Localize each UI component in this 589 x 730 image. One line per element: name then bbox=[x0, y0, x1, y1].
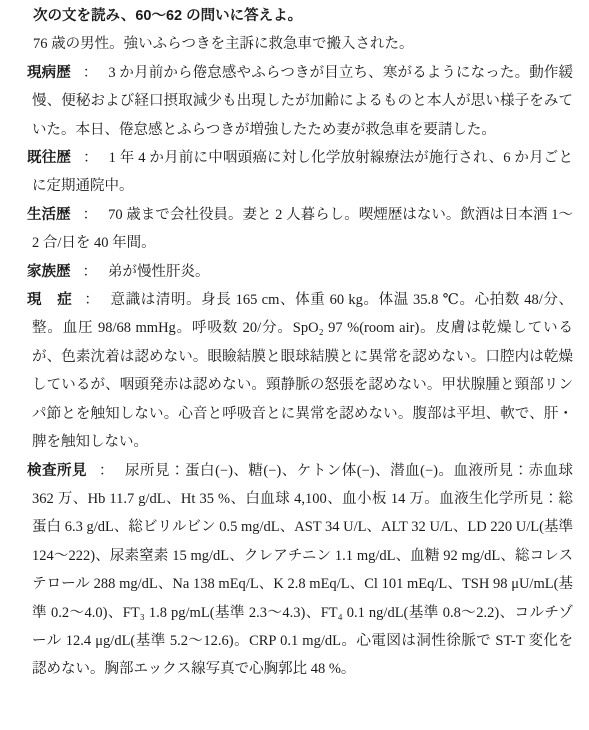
patient-summary: 76 歳の男性。強いふらつきを主訴に救急車で搬入された。 bbox=[33, 30, 573, 58]
section-label-social-history: 生活歴 bbox=[27, 207, 71, 223]
section-label-physical-exam: 現 症 bbox=[27, 292, 72, 308]
label-colon: ： bbox=[84, 286, 99, 314]
section-past-history: 既往歴：1 年 4 か月前に中咽頭癌に対し化学放射線療法が施行され、6 か月ごと… bbox=[32, 144, 573, 201]
section-social-history: 生活歴：70 歳まで会社役員。妻と 2 人暮らし。喫煙歴はない。飲酒は日本酒 1… bbox=[32, 201, 573, 258]
section-text-present-illness: 3 か月前から倦怠感やふらつきが目立ち、寒がるようになった。動作緩慢、便秘および… bbox=[32, 65, 573, 138]
label-colon: ： bbox=[99, 457, 114, 485]
section-present-illness: 現病歴：3 か月前から倦怠感やふらつきが目立ち、寒がるようになった。動作緩慢、便… bbox=[32, 59, 573, 144]
section-text-social-history: 70 歳まで会社役員。妻と 2 人暮らし。喫煙歴はない。飲酒は日本酒 1〜2 合… bbox=[32, 207, 573, 251]
label-colon: ： bbox=[83, 201, 98, 229]
section-lab-findings: 検査所見：尿所見：蛋白(−)、糖(−)、ケトン体(−)、潜血(−)。血液所見：赤… bbox=[32, 457, 573, 684]
section-label-lab-findings: 検査所見 bbox=[27, 463, 87, 479]
section-family-history: 家族歴：弟が慢性肝炎。 bbox=[32, 258, 573, 286]
question-instruction: 次の文を読み、60〜62 の問いに答えよ。 bbox=[33, 2, 573, 30]
exam-question-page: 次の文を読み、60〜62 の問いに答えよ。 76 歳の男性。強いふらつきを主訴に… bbox=[0, 0, 589, 684]
section-text-physical-exam: 意識は清明。身長 165 cm、体重 60 kg。体温 35.8 ℃。心拍数 4… bbox=[32, 292, 573, 450]
label-colon: ： bbox=[83, 59, 98, 87]
section-label-past-history: 既往歴 bbox=[27, 150, 71, 166]
section-text-past-history: 1 年 4 か月前に中咽頭癌に対し化学放射線療法が施行され、6 か月ごとに定期通… bbox=[32, 150, 573, 194]
section-physical-exam: 現 症：意識は清明。身長 165 cm、体重 60 kg。体温 35.8 ℃。心… bbox=[32, 286, 573, 456]
label-colon: ： bbox=[83, 258, 98, 286]
section-text-lab-findings: 尿所見：蛋白(−)、糖(−)、ケトン体(−)、潜血(−)。血液所見：赤血球 36… bbox=[32, 463, 573, 678]
label-colon: ： bbox=[83, 144, 98, 172]
section-text-family-history: 弟が慢性肝炎。 bbox=[108, 264, 210, 280]
section-label-family-history: 家族歴 bbox=[27, 264, 71, 280]
section-label-present-illness: 現病歴 bbox=[27, 65, 71, 81]
